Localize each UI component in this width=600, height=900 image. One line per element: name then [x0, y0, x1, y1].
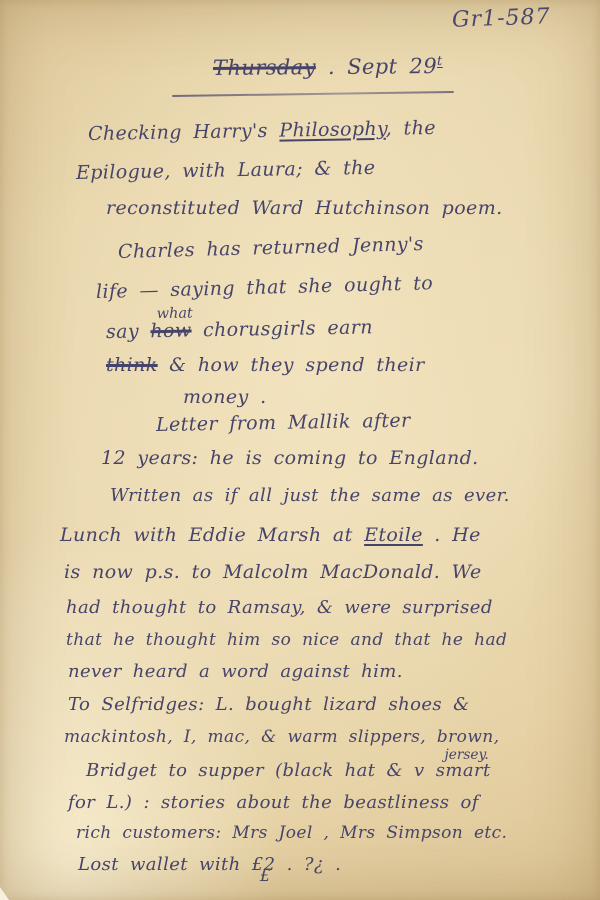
handwriting-segment: . Sept 29: [316, 54, 437, 79]
handwriting-segment: Thursday: [213, 55, 316, 80]
handwriting-segment: Epilogue, with Laura; & the: [76, 157, 376, 184]
handwriting-segment: howwhat: [150, 320, 192, 343]
handwriting-segment: Charles has returned Jenny's: [118, 233, 424, 263]
handwriting-segment: £2£: [252, 854, 276, 875]
page-corner-sliver: [0, 887, 9, 900]
handwriting-segment: Letter from Mallik after: [156, 410, 411, 436]
handwriting-segment: chorusgirls earn: [191, 316, 373, 341]
handwriting-segment: smartjersey.: [436, 760, 491, 781]
handwriting-segment: is now p.s. to Malcolm MacDonald. We: [64, 561, 482, 583]
handwriting-segment: rich customers: Mrs Joel , Mrs Simpson e…: [76, 823, 507, 843]
handwriting-segment: say: [106, 320, 151, 343]
handwriting-segment: , the: [385, 117, 436, 140]
handwritten-line: Epilogue, with Laura; & the: [76, 157, 376, 184]
handwriting-segment: Bridget to supper (black hat & v: [86, 760, 436, 781]
handwriting-segment: never heard a word against him.: [68, 661, 403, 682]
handwriting-segment: & how they spend their: [158, 354, 425, 376]
handwriting-segment: Written as if all just the same as ever.: [110, 485, 510, 506]
handwritten-line: Letter from Mallik after: [156, 410, 411, 436]
handwriting-segment: think: [106, 354, 158, 376]
handwritten-line: To Selfridges: L. bought lizard shoes &: [68, 694, 470, 715]
handwriting-segment: 12 years: he is coming to England.: [101, 447, 479, 469]
handwriting-segment: mackintosh, I, mac, & warm slippers, bro…: [64, 727, 499, 747]
handwritten-line: 12 years: he is coming to England.: [101, 447, 479, 469]
handwriting-segment: Lost wallet with: [78, 854, 252, 875]
handwriting-segment: t: [437, 54, 443, 69]
handwritten-line: that he thought him so nice and that he …: [66, 630, 507, 650]
handwritten-line: never heard a word against him.: [68, 661, 403, 682]
handwriting-segment: Etoile: [364, 524, 423, 546]
handwritten-line: rich customers: Mrs Joel , Mrs Simpson e…: [76, 823, 507, 843]
handwritten-line: Lost wallet with £2£ . ?¿ .: [78, 854, 341, 875]
handwriting-segment: Checking Harry's: [88, 120, 280, 145]
archive-reference-number: Gr1-587: [452, 4, 551, 32]
handwriting-segment: To Selfridges: L. bought lizard shoes &: [68, 694, 470, 715]
handwritten-line: reconstituted Ward Hutchinson poem.: [106, 197, 503, 219]
manuscript-page: Gr1-587 Thursday . Sept 29tChecking Harr…: [0, 0, 600, 900]
handwritten-line: Charles has returned Jenny's: [118, 233, 424, 263]
handwriting-segment: . He: [423, 524, 481, 546]
written-below-correction: £: [260, 866, 271, 885]
inserted-word-above: jersey.: [445, 747, 489, 763]
handwritten-line: Bridget to supper (black hat & v smartje…: [86, 760, 491, 781]
handwritten-line: Lunch with Eddie Marsh at Etoile . He: [60, 524, 481, 546]
handwriting-segment: reconstituted Ward Hutchinson poem.: [106, 197, 503, 219]
handwriting-segment: . ?¿ .: [275, 854, 341, 875]
handwriting-segment: for L.) : stories about the beastliness …: [68, 792, 479, 813]
handwriting-segment: that he thought him so nice and that he …: [66, 630, 507, 650]
manuscript-photo: { "document": { "type": "handwritten-dia…: [0, 0, 600, 900]
handwritten-line: money .: [183, 386, 267, 408]
handwritten-line: for L.) : stories about the beastliness …: [68, 792, 479, 813]
handwritten-line: Written as if all just the same as ever.: [110, 485, 510, 506]
handwriting-segment: life — saying that she ought to: [96, 272, 434, 303]
handwriting-segment: had thought to Ramsay, & were surprised: [66, 597, 493, 618]
date-heading-line: Thursday . Sept 29t: [213, 54, 443, 80]
handwritten-line: life — saying that she ought to: [96, 272, 434, 303]
handwriting-segment: money .: [183, 386, 267, 408]
handwriting-segment: Lunch with Eddie Marsh at: [60, 524, 364, 546]
inserted-word-above: what: [157, 306, 193, 323]
handwriting-segment: Philosophy: [279, 118, 386, 142]
handwritten-line: mackintosh, I, mac, & warm slippers, bro…: [64, 727, 499, 747]
heading-underline-stroke: [172, 91, 454, 97]
handwritten-line: is now p.s. to Malcolm MacDonald. We: [64, 561, 482, 583]
handwritten-line: Checking Harry's Philosophy, the: [88, 117, 436, 145]
handwritten-line: think & how they spend their: [106, 354, 425, 376]
handwritten-line: say howwhat chorusgirls earn: [106, 316, 373, 343]
handwritten-line: had thought to Ramsay, & were surprised: [66, 597, 493, 618]
